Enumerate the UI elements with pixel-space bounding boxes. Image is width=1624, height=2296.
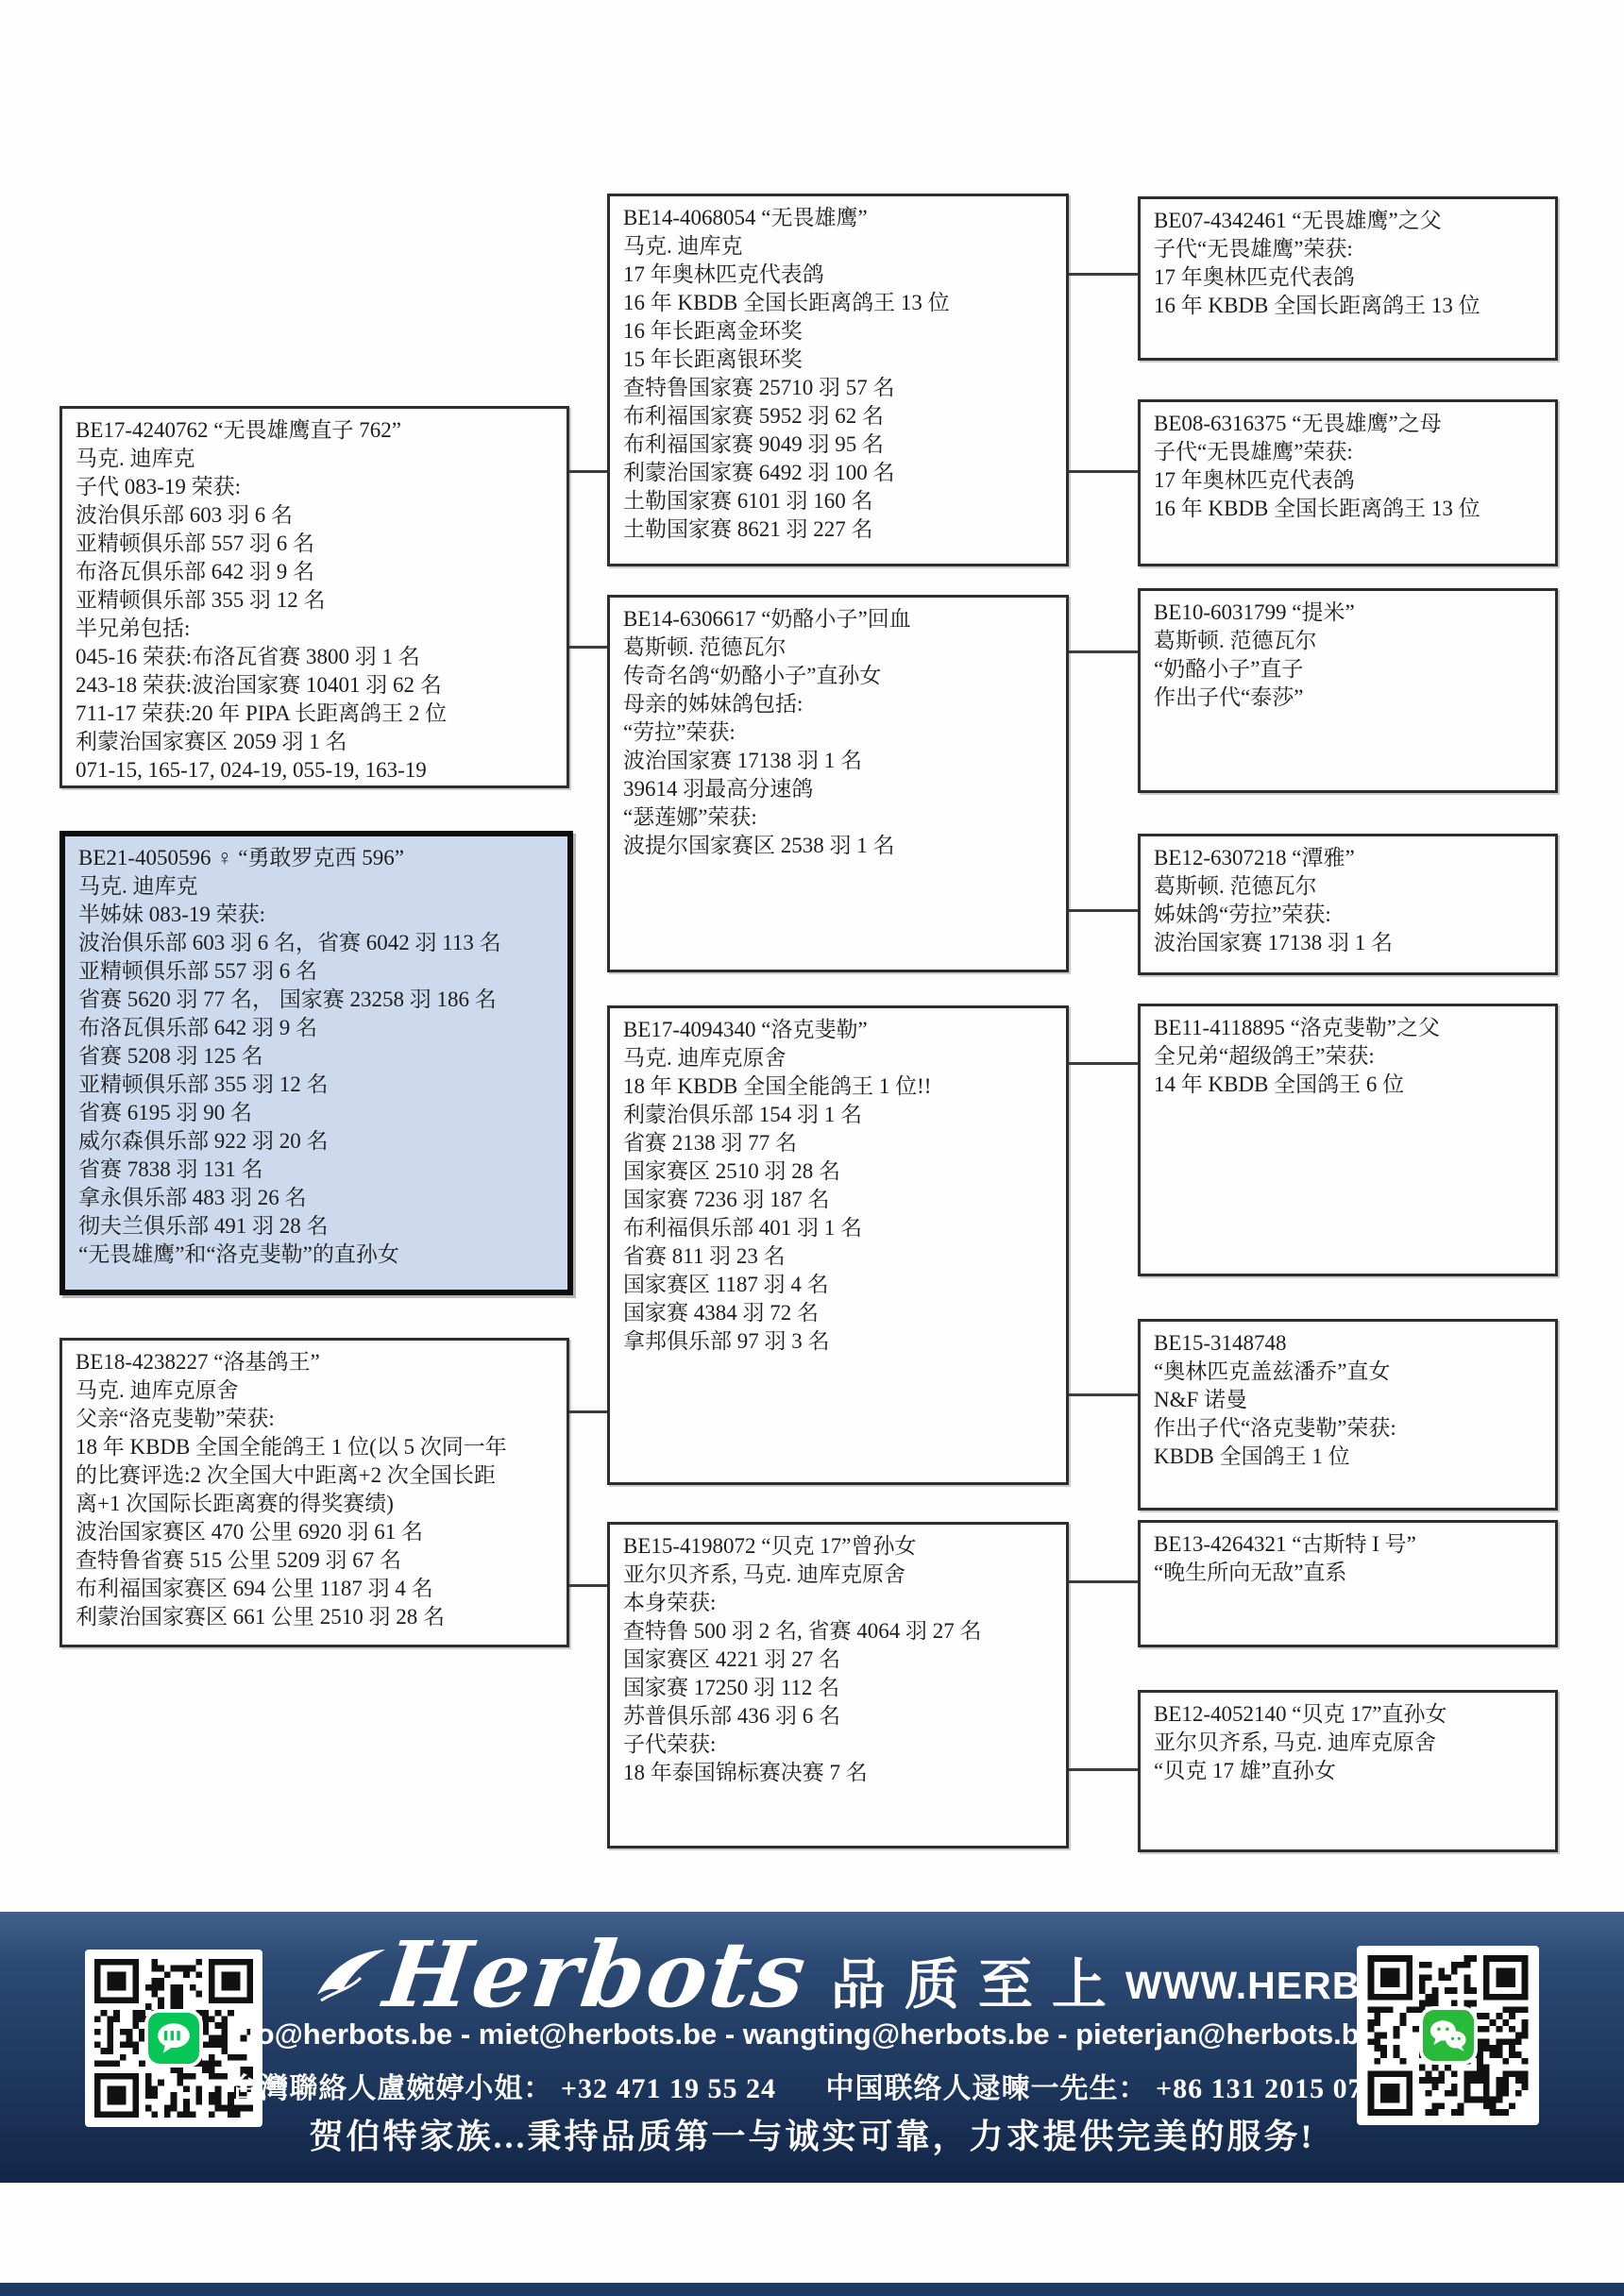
contact-line: 台灣聯絡人盧婉婷小姐： +32 471 19 55 24 中国联络人逯暕一先生：… [142,2065,1482,2106]
contact-china: 中国联络人逯暕一先生： +86 131 2015 0755 [826,2073,1394,2104]
text-line: 姊妹鸽“劳拉”荣获: [1154,901,1546,929]
text-line: 查特鲁省赛 515 公里 5209 羽 67 名 [76,1546,557,1575]
text-line: 波提尔国家赛区 2538 羽 1 名 [623,832,1057,860]
pedigree-box-great-grandparent-3: BE10-6031799 “提米”葛斯顿. 范德瓦尔“奶酪小子”直子作出子代“泰… [1138,588,1558,793]
text-line: 18 年 KBDB 全国全能鸽王 1 位(以 5 次同一年 [76,1433,557,1461]
text-line: BE14-4068054 “无畏雄鹰” [623,204,1057,232]
text-line: BE08-6316375 “无畏雄鹰”之母 [1154,410,1546,438]
text-line: 波治国家赛 17138 羽 1 名 [1154,929,1546,957]
text-line: “奶酪小子”直子 [1154,655,1546,684]
text-line: 的比赛评选:2 次全国大中距离+2 次全国长距 [76,1461,557,1490]
text-line: 全兄弟“超级鸽王”荣获: [1154,1042,1546,1071]
footer-slogan: 贺伯特家族...秉持品质第一与诚实可靠，力求提供完美的服务! [142,2110,1482,2158]
text-line: 半兄弟包括: [76,615,557,643]
connector-line [1069,1393,1138,1396]
text-line: 利蒙治国家赛区 2059 羽 1 名 [76,728,557,756]
text-line: N&F 诺曼 [1154,1386,1546,1414]
text-line: 国家赛 7236 羽 187 名 [623,1186,1057,1214]
text-line: 查特鲁国家赛 25710 羽 57 名 [623,374,1057,402]
text-line: 国家赛区 1187 羽 4 名 [623,1271,1057,1299]
text-line: 16 年 KBDB 全国长距离鸽王 13 位 [1154,292,1546,320]
text-line: 利蒙治国家赛 6492 羽 100 名 [623,459,1057,487]
text-line: 亚精顿俱乐部 355 羽 12 名 [76,586,557,615]
connector-line [1069,1768,1138,1771]
text-line: 利蒙治国家赛区 661 公里 2510 羽 28 名 [76,1603,557,1631]
text-line: 省赛 5620 羽 77 名， 国家赛 23258 羽 186 名 [78,986,558,1014]
text-line: “劳拉”荣获: [623,718,1057,747]
connector-line [1069,650,1138,653]
text-line: 省赛 5208 羽 125 名 [78,1042,558,1071]
text-line: BE17-4240762 “无畏雄鹰直子 762” [76,416,557,445]
pedigree-box-grandmother-paternal: BE14-6306617 “奶酪小子”回血葛斯顿. 范德瓦尔传奇名鸽“奶酪小子”… [607,595,1069,972]
connector-line [569,1584,607,1587]
text-line: 土勒国家赛 6101 羽 160 名 [623,487,1057,515]
bottom-strip [0,2283,1624,2296]
pedigree-box-father: BE17-4240762 “无畏雄鹰直子 762”马克. 迪库克子代 083-1… [59,406,569,788]
text-line: 查特鲁 500 羽 2 名, 省赛 4064 羽 27 名 [623,1617,1057,1646]
text-line: 071-15, 165-17, 024-19, 055-19, 163-19 [76,756,557,785]
pedigree-box-grandfather-paternal: BE14-4068054 “无畏雄鹰”马克. 迪库克17 年奥林匹克代表鸽16 … [607,194,1069,566]
text-line: 亚尔贝齐系, 马克. 迪库克原舍 [623,1561,1057,1589]
text-line: 243-18 荣获:波治国家赛 10401 羽 62 名 [76,671,557,700]
pedigree-box-great-grandparent-8: BE12-4052140 “贝克 17”直孙女亚尔贝齐系, 马克. 迪库克原舍“… [1138,1690,1558,1852]
connector-line [1069,1580,1138,1583]
text-line: “瑟莲娜”荣获: [623,803,1057,832]
text-line: 711-17 荣获:20 年 PIPA 长距离鸽王 2 位 [76,700,557,728]
text-line: 16 年长距离金环奖 [623,317,1057,346]
text-line: 16 年 KBDB 全国长距离鸽王 13 位 [623,289,1057,317]
text-line: BE18-4238227 “洛基鸽王” [76,1348,557,1376]
text-line: 17 年奥林匹克代表鸽 [1154,466,1546,495]
text-line: 土勒国家赛 8621 羽 227 名 [623,515,1057,544]
pedigree-box-great-grandparent-2: BE08-6316375 “无畏雄鹰”之母子代“无畏雄鹰”荣获:17 年奥林匹克… [1138,399,1558,566]
text-line: 亚精顿俱乐部 557 羽 6 名 [78,957,558,986]
text-line: 18 年 KBDB 全国全能鸽王 1 位!! [623,1072,1057,1101]
connector-line [569,646,607,649]
text-line: 波治国家赛 17138 羽 1 名 [623,747,1057,775]
pedigree-box-great-grandparent-6: BE15-3148748“奥林匹克盖兹潘乔”直女N&F 诺曼作出子代“洛克斐勒”… [1138,1319,1558,1511]
text-line: 葛斯顿. 范德瓦尔 [1154,627,1546,655]
text-line: 利蒙治俱乐部 154 羽 1 名 [623,1101,1057,1129]
text-line: 亚精顿俱乐部 557 羽 6 名 [76,530,557,558]
text-line: 14 年 KBDB 全国鸽王 6 位 [1154,1071,1546,1099]
text-line: BE12-6307218 “潭雅” [1154,844,1546,872]
text-line: BE17-4094340 “洛克斐勒” [623,1016,1057,1044]
text-line: 布利福国家赛区 694 公里 1187 羽 4 名 [76,1575,557,1603]
text-line: 国家赛 4384 羽 72 名 [623,1299,1057,1327]
pedigree-box-great-grandparent-7: BE13-4264321 “古斯特 I 号”“晚生所向无敌”直系 [1138,1520,1558,1647]
text-line: 亚尔贝齐系, 马克. 迪库克原舍 [1154,1729,1546,1757]
text-line: “晚生所向无敌”直系 [1154,1559,1546,1587]
connector-line [1069,909,1138,912]
text-line: 马克. 迪库克原舍 [76,1376,557,1405]
brand-tagline: 品质至上 [831,1940,1125,2019]
text-line: 17 年奥林匹克代表鸽 [623,261,1057,289]
pedigree-box-great-grandparent-1: BE07-4342461 “无畏雄鹰”之父子代“无畏雄鹰”荣获:17 年奥林匹克… [1138,196,1558,361]
text-line: 父亲“洛克斐勒”荣获: [76,1405,557,1433]
text-line: “贝克 17 雄”直孙女 [1154,1757,1546,1785]
text-line: 16 年 KBDB 全国长距离鸽王 13 位 [1154,495,1546,523]
text-line: 子代“无畏雄鹰”荣获: [1154,235,1546,263]
pedigree-box-mother: BE18-4238227 “洛基鸽王”马克. 迪库克原舍父亲“洛克斐勒”荣获:1… [59,1338,569,1647]
text-line: 作出子代“泰莎” [1154,684,1546,712]
text-line: 彻夫兰俱乐部 491 羽 28 名 [78,1212,558,1241]
text-line: 18 年泰国锦标赛决赛 7 名 [623,1759,1057,1787]
brand-script: Herbots [380,1930,837,2020]
connector-line [1069,470,1138,473]
text-line: 省赛 6195 羽 90 名 [78,1099,558,1127]
text-line: 亚精顿俱乐部 355 羽 12 名 [78,1071,558,1099]
pedigree-box-grandmother-maternal: BE15-4198072 “贝克 17”曾孙女亚尔贝齐系, 马克. 迪库克原舍本… [607,1522,1069,1849]
text-line: 拿邦俱乐部 97 羽 3 名 [623,1327,1057,1356]
connector-line [569,1410,607,1413]
pedigree-page: BE17-4240762 “无畏雄鹰直子 762”马克. 迪库克子代 083-1… [0,0,1624,2296]
text-line: 子代荣获: [623,1730,1057,1759]
pedigree-box-subject-highlighted: BE21-4050596 ♀ “勇敢罗克西 596”马克. 迪库克半姊妹 083… [59,831,573,1295]
text-line: 子代“无畏雄鹰”荣获: [1154,438,1546,466]
text-line: BE13-4264321 “古斯特 I 号” [1154,1530,1546,1559]
connector-line [569,470,607,473]
text-line: 威尔森俱乐部 922 羽 20 名 [78,1127,558,1156]
text-line: BE15-3148748 [1154,1329,1546,1358]
text-line: 布洛瓦俱乐部 642 羽 9 名 [76,558,557,586]
pedigree-box-great-grandparent-5: BE11-4118895 “洛克斐勒”之父全兄弟“超级鸽王”荣获:14 年 KB… [1138,1004,1558,1276]
text-line: 国家赛区 4221 羽 27 名 [623,1646,1057,1674]
footer-band: Herbots 品质至上 WWW.HERBOTS.BE jo@herbots.b… [0,1912,1624,2183]
text-line: BE21-4050596 ♀ “勇敢罗克西 596” [78,844,558,872]
brand-row: Herbots 品质至上 WWW.HERBOTS.BE [312,1923,1511,2027]
text-line: 传奇名鸽“奶酪小子”直孙女 [623,662,1057,690]
text-line: 波治俱乐部 603 羽 6 名 [76,501,557,530]
text-line: 15 年长距离银环奖 [623,346,1057,374]
text-line: 省赛 2138 羽 77 名 [623,1129,1057,1157]
text-line: 子代 083-19 荣获: [76,473,557,501]
text-line: 045-16 荣获:布洛瓦省赛 3800 羽 1 名 [76,643,557,671]
connector-line [1069,273,1138,276]
text-line: 布利福俱乐部 401 羽 1 名 [623,1214,1057,1242]
text-line: 葛斯顿. 范德瓦尔 [623,633,1057,662]
pedigree-box-great-grandparent-4: BE12-6307218 “潭雅”葛斯顿. 范德瓦尔姊妹鸽“劳拉”荣获:波治国家… [1138,834,1558,975]
text-line: “无畏雄鹰”和“洛克斐勒”的直孙女 [78,1241,558,1269]
text-line: BE07-4342461 “无畏雄鹰”之父 [1154,207,1546,235]
text-line: 马克. 迪库克 [623,232,1057,261]
text-line: 布利福国家赛 9049 羽 95 名 [623,430,1057,459]
text-line: 马克. 迪库克 [76,445,557,473]
text-line: BE14-6306617 “奶酪小子”回血 [623,605,1057,633]
text-line: BE15-4198072 “贝克 17”曾孙女 [623,1532,1057,1561]
text-line: 省赛 811 羽 23 名 [623,1242,1057,1271]
line-icon [148,2013,199,2064]
wechat-icon [1423,2010,1474,2061]
text-line: 作出子代“洛克斐勒”荣获: [1154,1414,1546,1443]
text-line: BE10-6031799 “提米” [1154,599,1546,627]
text-line: 苏普俱乐部 436 羽 6 名 [623,1702,1057,1730]
text-line: 葛斯顿. 范德瓦尔 [1154,872,1546,901]
text-line: “奥林匹克盖兹潘乔”直女 [1154,1358,1546,1386]
text-line: 母亲的姊妹鸽包括: [623,690,1057,718]
text-line: 波治国家赛区 470 公里 6920 羽 61 名 [76,1518,557,1546]
text-line: 半姊妹 083-19 荣获: [78,901,558,929]
text-line: 马克. 迪库克 [78,872,558,901]
pedigree-box-grandfather-maternal: BE17-4094340 “洛克斐勒”马克. 迪库克原舍18 年 KBDB 全国… [607,1005,1069,1485]
text-line: 国家赛区 2510 羽 28 名 [623,1157,1057,1186]
connector-line [1069,1062,1138,1065]
text-line: BE11-4118895 “洛克斐勒”之父 [1154,1014,1546,1042]
text-line: 省赛 7838 羽 131 名 [78,1156,558,1184]
text-line: 17 年奥林匹克代表鸽 [1154,263,1546,292]
text-line: 本身荣获: [623,1589,1057,1617]
contact-taiwan: 台灣聯絡人盧婉婷小姐： +32 471 19 55 24 [230,2073,776,2104]
text-line: 拿永俱乐部 483 羽 26 名 [78,1184,558,1212]
text-line: BE12-4052140 “贝克 17”直孙女 [1154,1700,1546,1729]
text-line: KBDB 全国鸽王 1 位 [1154,1443,1546,1471]
text-line: 离+1 次国际长距离赛的得奖赛绩) [76,1490,557,1518]
text-line: 布洛瓦俱乐部 642 羽 9 名 [78,1014,558,1042]
wechat-qr-code [1357,1946,1539,2125]
text-line: 布利福国家赛 5952 羽 62 名 [623,402,1057,430]
text-line: 39614 羽最高分速鸽 [623,775,1057,803]
text-line: 国家赛 17250 羽 112 名 [623,1674,1057,1702]
text-line: 马克. 迪库克原舍 [623,1044,1057,1072]
email-list: jo@herbots.be - miet@herbots.be - wangti… [236,2017,1388,2051]
feather-icon [312,1940,391,2010]
text-line: 波治俱乐部 603 羽 6 名，省赛 6042 羽 113 名 [78,929,558,957]
